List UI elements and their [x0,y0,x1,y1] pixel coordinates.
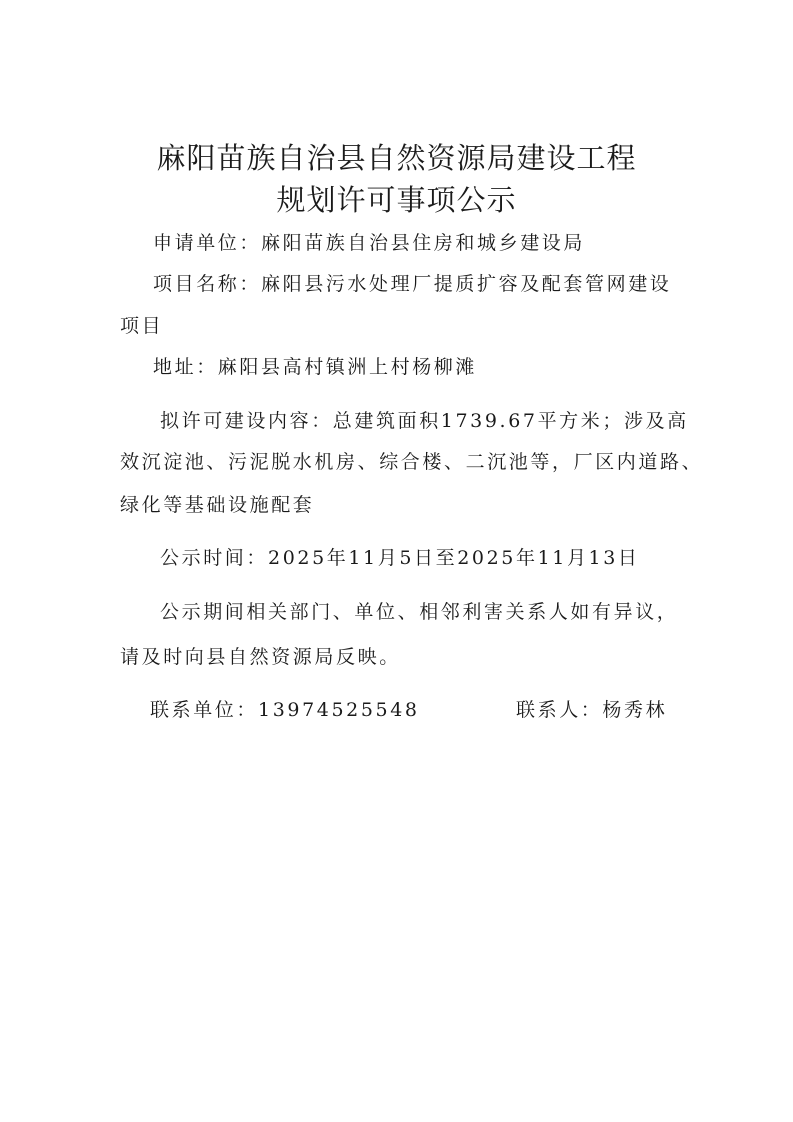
contact-person: 联系人：杨秀林 [516,698,667,722]
applicant-unit: 申请单位：麻阳苗族自治县住房和城乡建设局 [153,231,585,255]
content-line3: 绿化等基础设施配套 [120,493,314,517]
document-title-line1: 麻阳苗族自治县自然资源局建设工程 [0,140,793,176]
contact-unit: 联系单位：13974525548 [150,698,420,722]
notice-period: 公示时间：2025年11月5日至2025年11月13日 [160,546,640,570]
content-line1: 拟许可建设内容：总建筑面积1739.67平方米；涉及高 [160,409,689,433]
document-title-line2: 规划许可事项公示 [0,182,793,218]
notice-line2: 请及时向县自然资源局反映。 [120,645,401,669]
notice-line1: 公示期间相关部门、单位、相邻利害关系人如有异议， [160,600,678,624]
project-name-line1: 项目名称：麻阳县污水处理厂提质扩容及配套管网建设 [153,272,671,296]
project-address: 地址：麻阳县高村镇洲上村杨柳滩 [153,355,477,379]
content-line2: 效沉淀池、污泥脱水机房、综合楼、二沉池等，厂区内道路、 [120,450,703,474]
project-name-line2: 项目 [120,314,163,338]
